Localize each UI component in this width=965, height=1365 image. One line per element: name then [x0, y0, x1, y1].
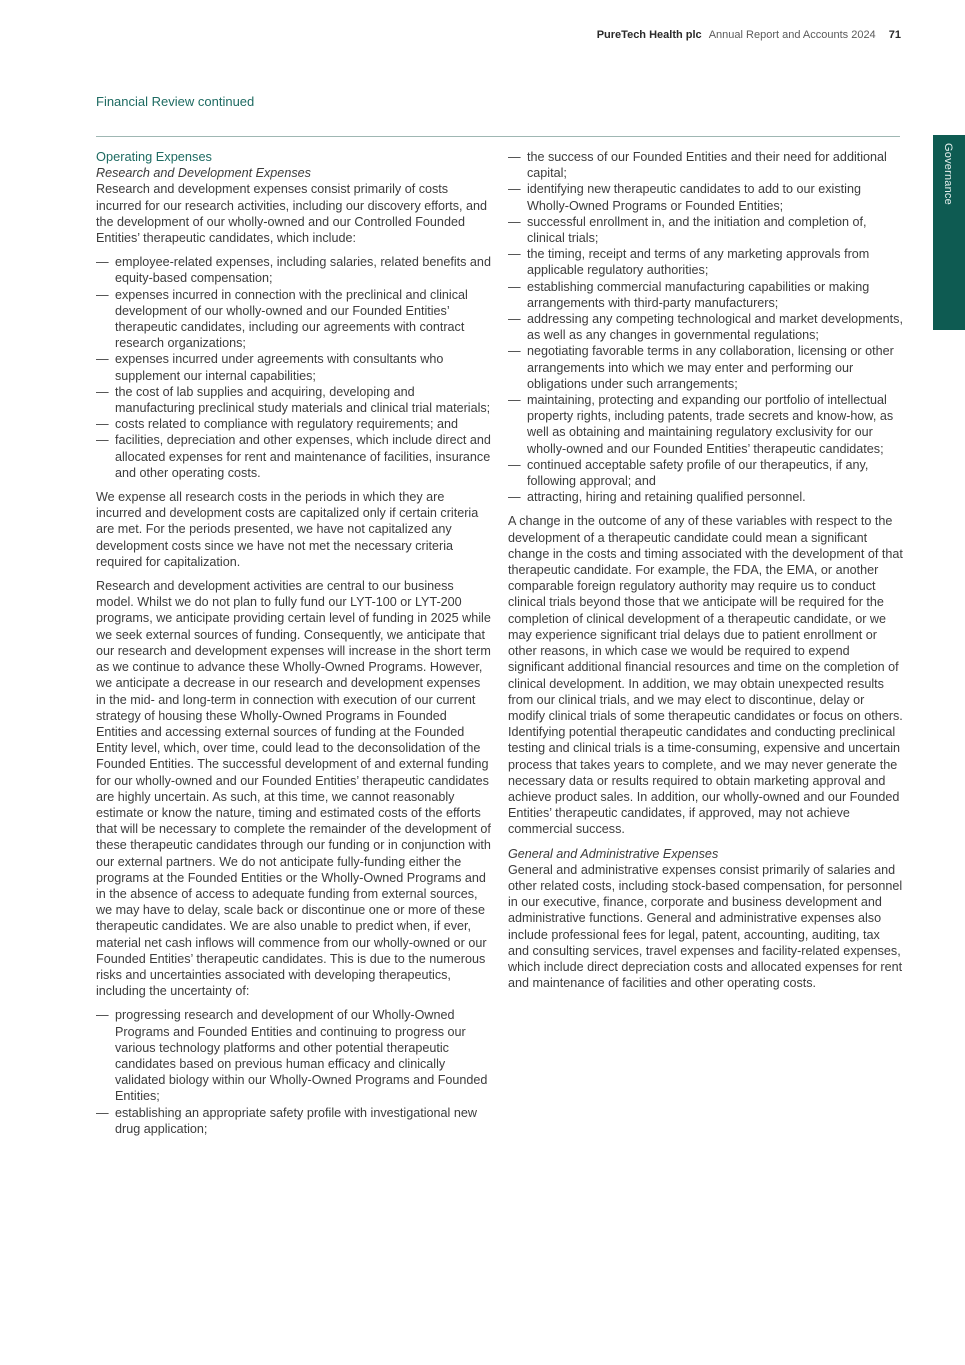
- operating-expenses-heading: Operating Expenses: [96, 149, 491, 165]
- governance-side-tab[interactable]: Governance: [933, 135, 965, 330]
- list-item: the success of our Founded Entities and …: [508, 149, 903, 181]
- list-item: facilities, depreciation and other expen…: [96, 432, 491, 481]
- list-item: successful enrollment in, and the initia…: [508, 214, 903, 246]
- uncertainty-list-continued: the success of our Founded Entities and …: [508, 149, 903, 505]
- business-model-paragraph: Research and development activities are …: [96, 578, 491, 999]
- list-item: costs related to compliance with regulat…: [96, 416, 491, 432]
- list-item: the cost of lab supplies and acquiring, …: [96, 384, 491, 416]
- company-name: PureTech Health plc: [597, 29, 702, 41]
- list-item: maintaining, protecting and expanding ou…: [508, 392, 903, 457]
- section-title: Financial Review continued: [96, 94, 254, 109]
- list-item: addressing any competing technological a…: [508, 311, 903, 343]
- rd-expenses-subheading: Research and Development Expenses: [96, 165, 491, 181]
- variable-change-paragraph: A change in the outcome of any of these …: [508, 513, 903, 837]
- right-column: the success of our Founded Entities and …: [508, 149, 903, 999]
- running-header: PureTech Health plc Annual Report and Ac…: [597, 29, 901, 41]
- list-item: progressing research and development of …: [96, 1007, 491, 1104]
- left-column: Operating Expenses Research and Developm…: [96, 149, 491, 1145]
- rd-intro-paragraph: Research and development expenses consis…: [96, 181, 491, 246]
- list-item: establishing an appropriate safety profi…: [96, 1105, 491, 1137]
- side-tab-label: Governance: [942, 143, 954, 205]
- list-item: establishing commercial manufacturing ca…: [508, 279, 903, 311]
- report-title: Annual Report and Accounts 2024: [709, 29, 876, 41]
- section-divider: [96, 136, 900, 137]
- list-item: attracting, hiring and retaining qualifi…: [508, 489, 903, 505]
- list-item: continued acceptable safety profile of o…: [508, 457, 903, 489]
- list-item: expenses incurred in connection with the…: [96, 287, 491, 352]
- list-item: negotiating favorable terms in any colla…: [508, 343, 903, 392]
- page-number: 71: [889, 29, 901, 41]
- list-item: the timing, receipt and terms of any mar…: [508, 246, 903, 278]
- ga-expenses-subheading: General and Administrative Expenses: [508, 846, 903, 862]
- capitalization-paragraph: We expense all research costs in the per…: [96, 489, 491, 570]
- ga-expenses-paragraph: General and administrative expenses cons…: [508, 862, 903, 992]
- uncertainty-list: progressing research and development of …: [96, 1007, 491, 1137]
- list-item: identifying new therapeutic candidates t…: [508, 181, 903, 213]
- rd-expense-list: employee-related expenses, including sal…: [96, 254, 491, 481]
- list-item: employee-related expenses, including sal…: [96, 254, 491, 286]
- list-item: expenses incurred under agreements with …: [96, 351, 491, 383]
